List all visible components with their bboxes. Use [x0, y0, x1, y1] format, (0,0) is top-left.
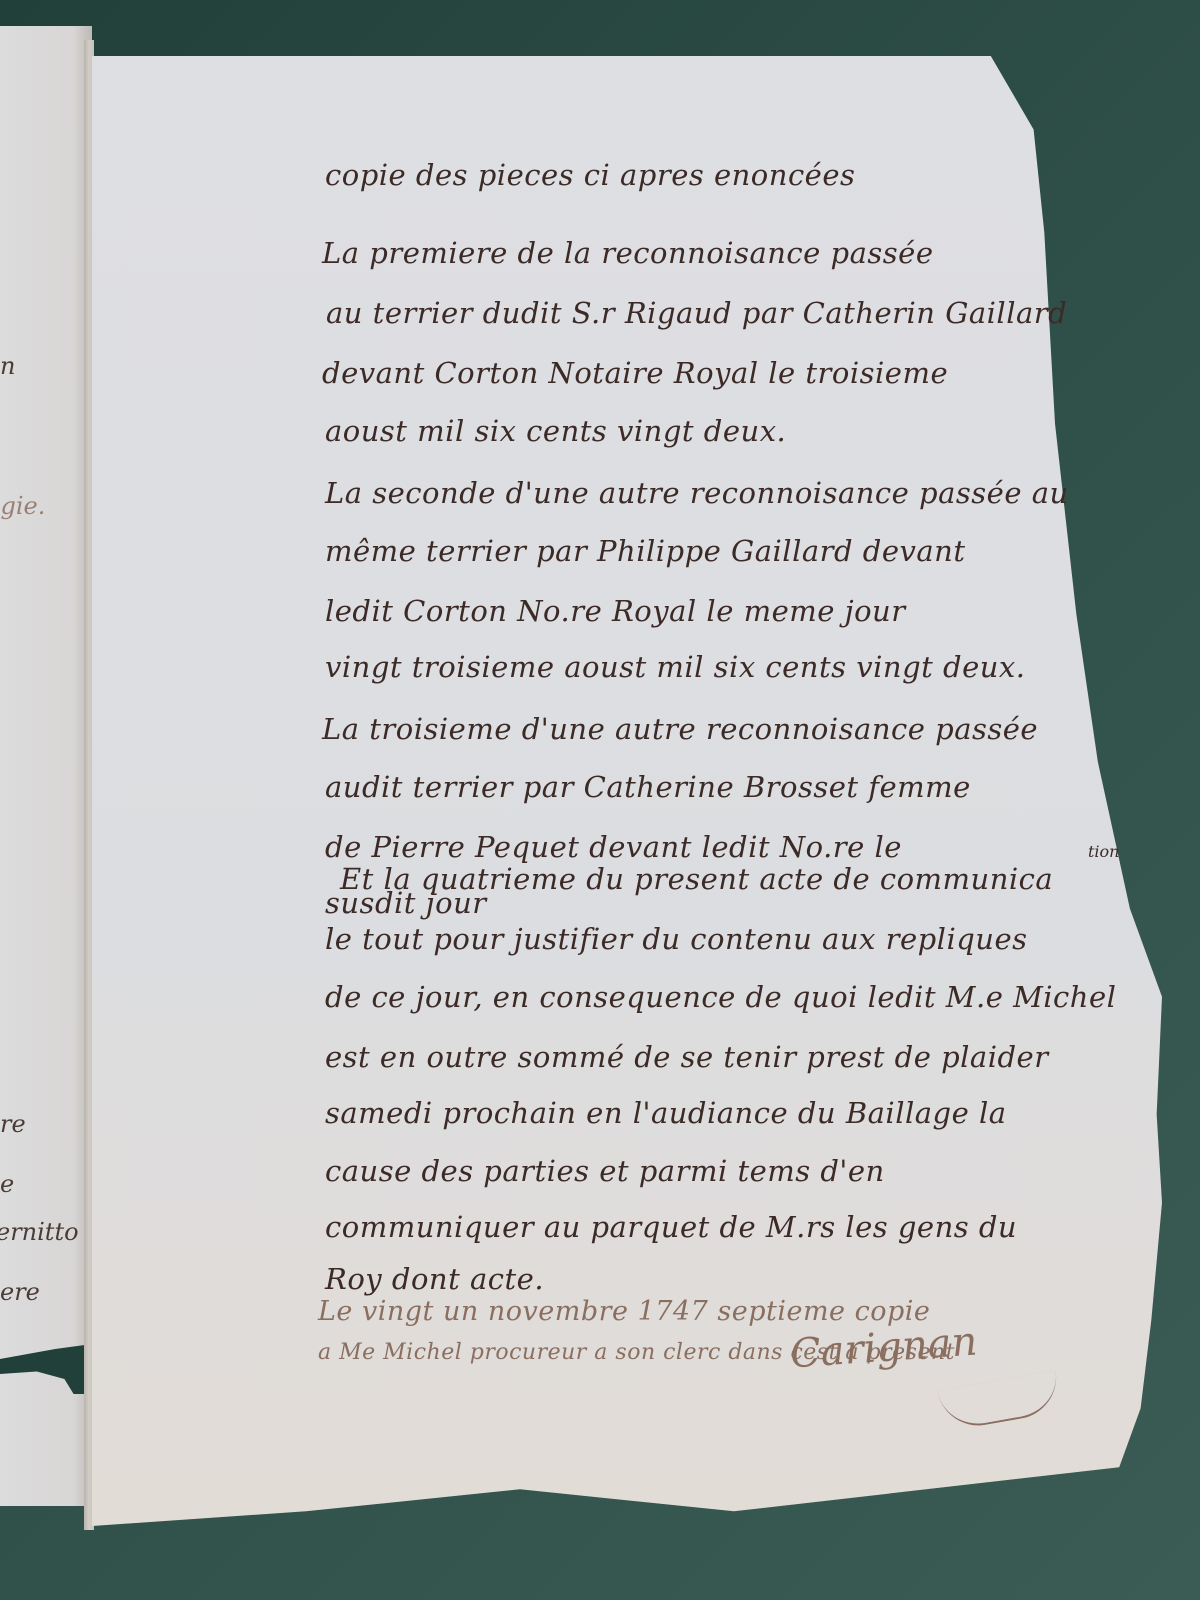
text-line: même terrier par Philippe Gaillard devan…	[325, 534, 966, 568]
text-line: devant Corton Notaire Royal le troisieme	[322, 356, 948, 390]
left-page-fragment: ere	[0, 1278, 40, 1306]
text-line: de ce jour, en consequence de quoi ledit…	[325, 980, 1116, 1014]
text-line: au terrier dudit S.r Rigaud par Catherin…	[326, 296, 1067, 330]
left-page-fragment: e	[0, 1170, 14, 1198]
text-line: samedi prochain en l'audiance du Baillag…	[325, 1096, 1007, 1130]
superscript-insertion: tion	[1088, 842, 1119, 861]
left-page-fragment: ogie.	[0, 492, 45, 520]
text-line: La premiere de la reconnoisance passée	[322, 236, 934, 270]
text-line: communiquer au parquet de M.rs les gens …	[325, 1210, 1017, 1244]
annotation-line: Le vingt un novembre 1747 septieme copie	[318, 1296, 930, 1327]
text-line: de Pierre Pequet devant ledit No.re le	[325, 830, 902, 864]
text-line: copie des pieces ci apres enoncées	[325, 158, 855, 192]
left-page-tear	[0, 1344, 92, 1394]
text-line: est en outre sommé de se tenir prest de …	[325, 1040, 1049, 1074]
left-page-fragment: ernitto	[0, 1218, 79, 1246]
left-page-fragment: n	[0, 352, 15, 380]
text-line: audit terrier par Catherine Brosset femm…	[325, 770, 971, 804]
text-line: aoust mil six cents vingt deux.	[325, 414, 786, 448]
text-line: le tout pour justifier du contenu aux re…	[325, 922, 1028, 956]
text-line: Et la quatrieme du present acte de commu…	[340, 862, 1053, 896]
text-line: vingt troisieme aoust mil six cents ving…	[325, 650, 1025, 684]
left-page-fragment: re	[0, 1110, 26, 1138]
text-line: Roy dont acte.	[325, 1262, 544, 1296]
text-line: ledit Corton No.re Royal le meme jour	[325, 594, 906, 628]
text-line: La troisieme d'une autre reconnoisance p…	[322, 712, 1038, 746]
text-line: La seconde d'une autre reconnoisance pas…	[325, 476, 1069, 510]
text-line: cause des parties et parmi tems d'en	[325, 1154, 885, 1188]
